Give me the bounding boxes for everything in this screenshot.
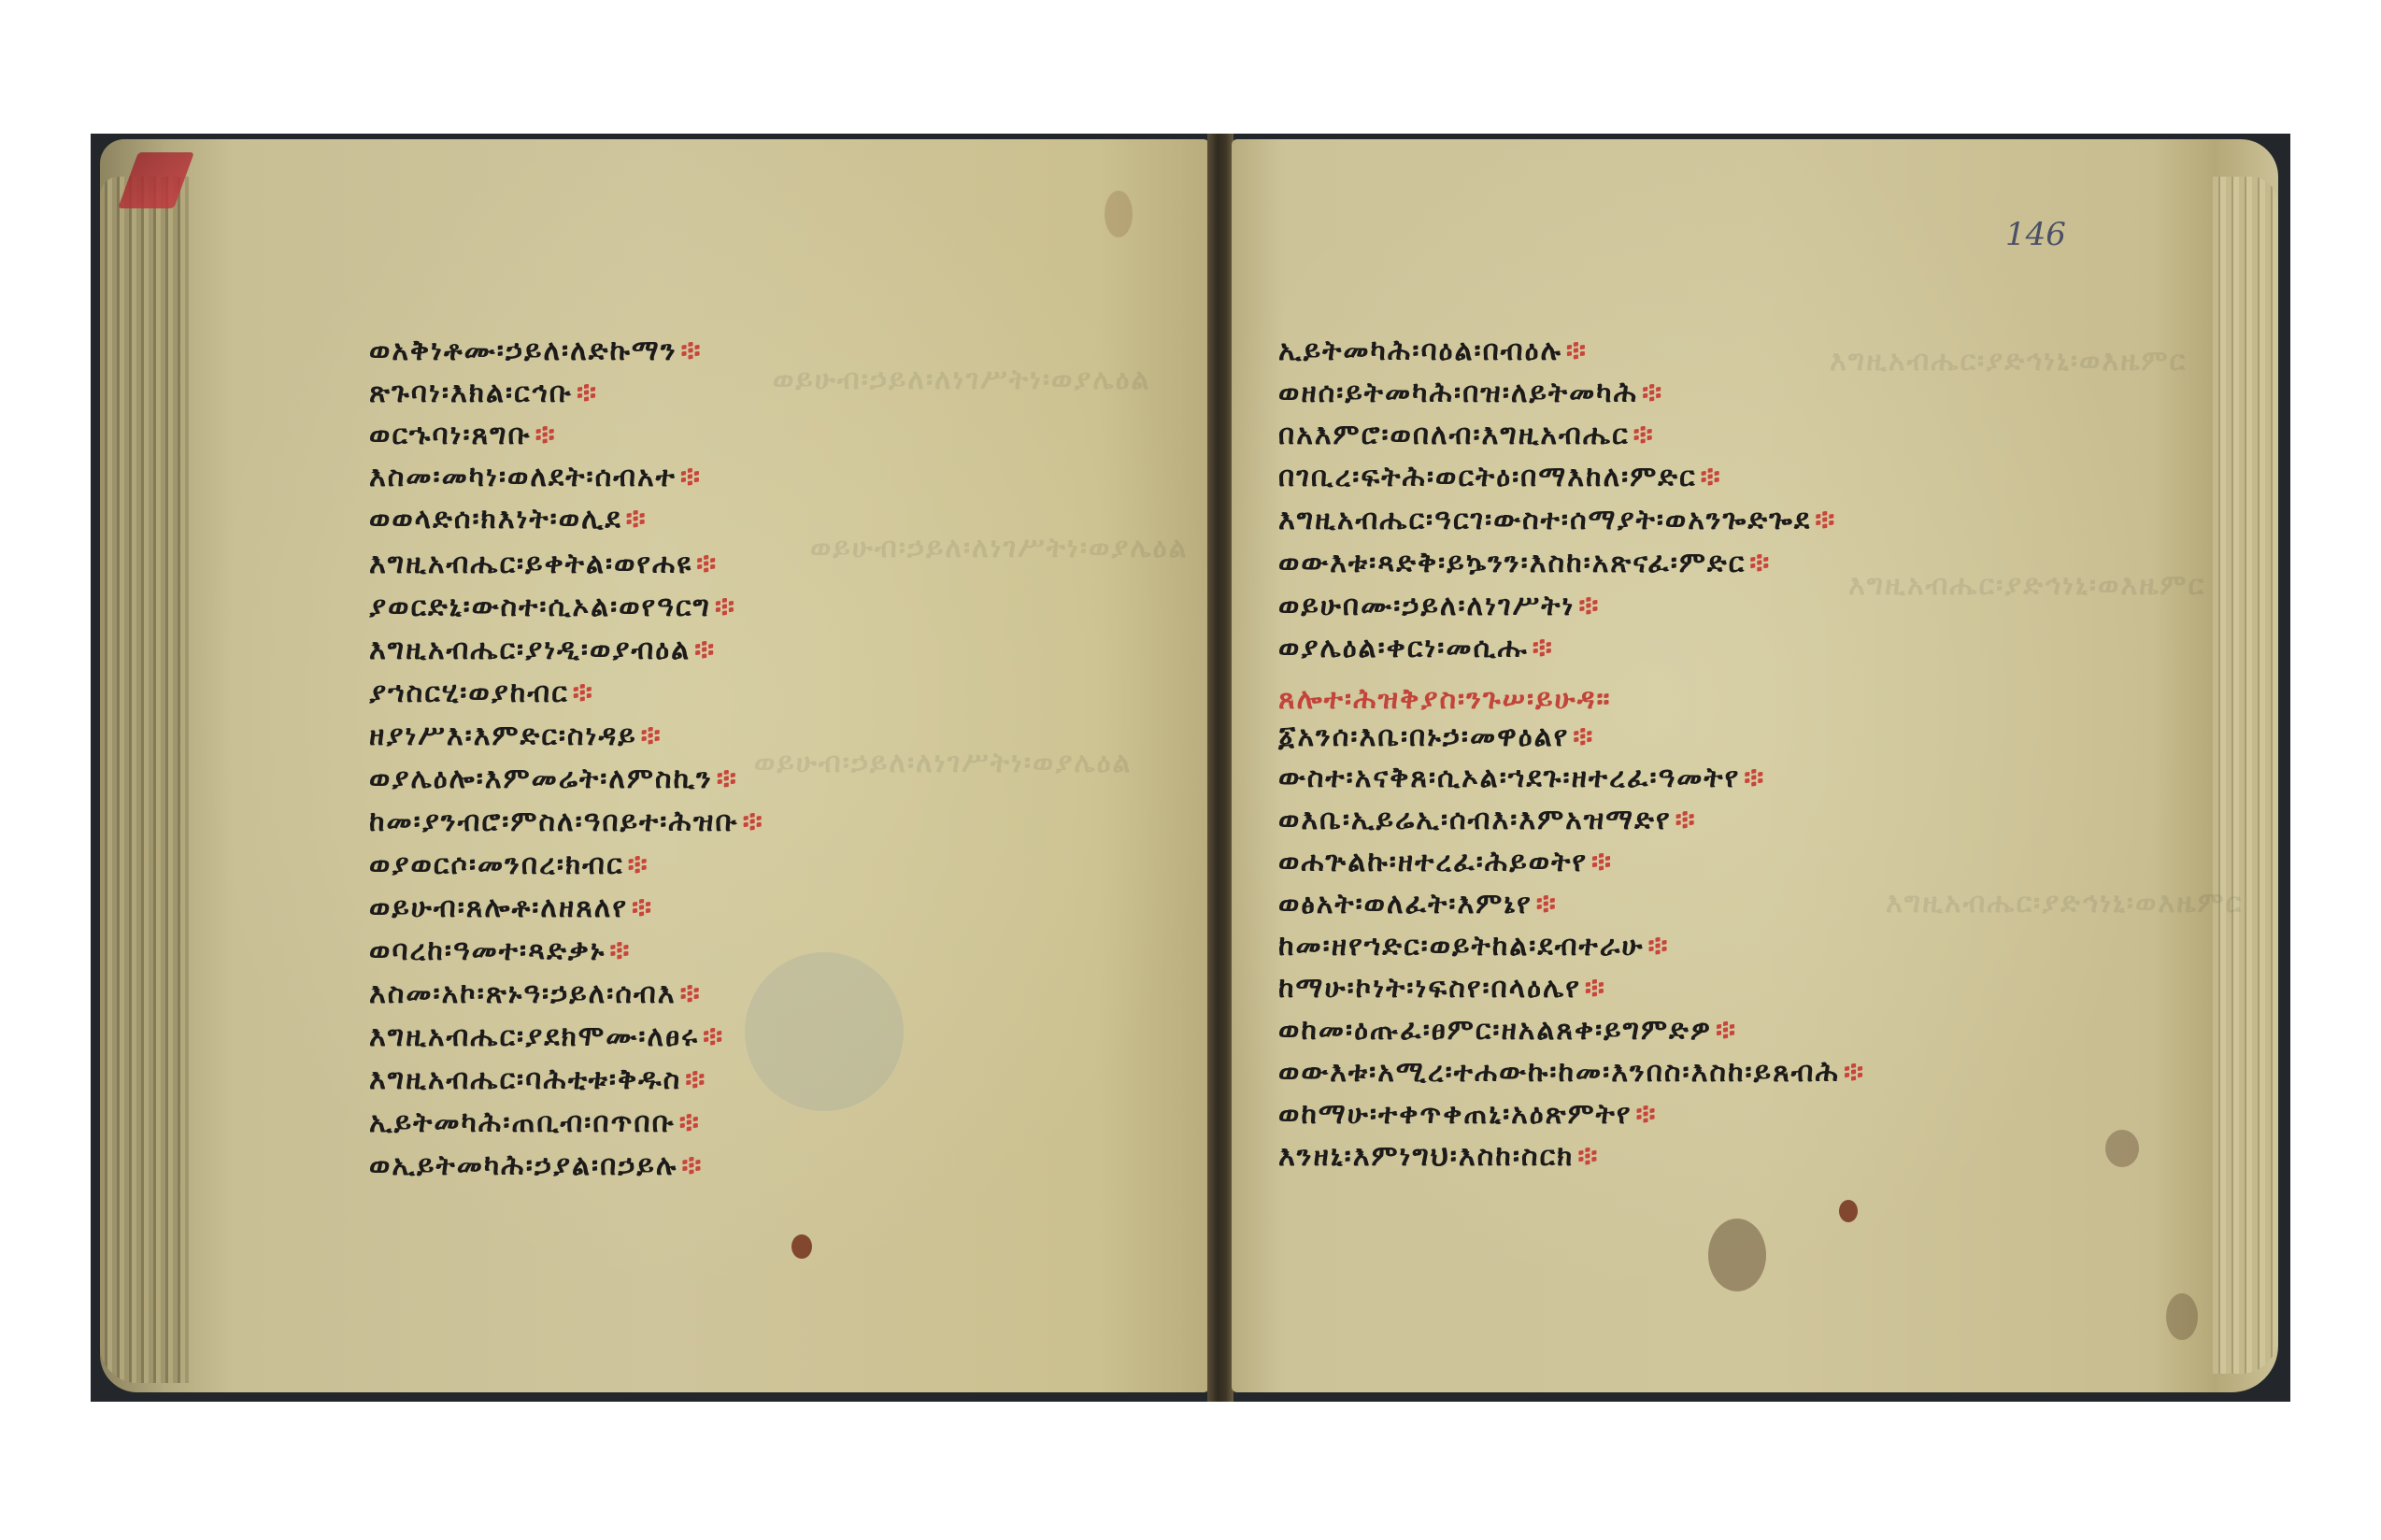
text-line: ወርኁባነ፡ጸግቡ፨ [369,419,557,452]
stain [1708,1219,1766,1291]
text-line: ወውእቱ፡አሚረ፡ተሐውኩ፡ከመ፡እንበስ፡እስከ፡ይጸብሕ፨ [1278,1056,1865,1090]
stain [1105,191,1133,237]
text-line: ወወላድሰ፡ክእነት፡ወሊደ፨ [369,503,648,536]
text-line: ከመ፡ዘየኀድር፡ወይትከል፡ደብተራሁ፨ [1278,930,1670,963]
text-line: ወውእቱ፡ጻድቅ፡ይኴንን፡እስከ፡አጽናፈ፡ምድር፨ [1278,547,1771,580]
bleed-through-text: እግዚአብሔር፡ያድኅነኒ፡ወእዜምር [1830,345,2187,378]
text-line: በአእምሮ፡ወበለብ፡እግዚአብሔር፨ [1278,419,1655,452]
text-line: ወይሁበሙ፡ኃይለ፡ለነገሥትነ፨ [1278,590,1600,623]
rubric-heading: ጸሎተ፡ሕዝቅያስ፡ንጉሠ፡ይሁዳ። [1278,683,1611,717]
text-line: ውስተ፡አናቅጸ፡ሲኦል፡ኀደጉ፡ዘተረፈ፡ዓመትየ፨ [1278,762,1765,795]
text-line: እስመ፡መካነ፡ወለደት፡ሰብአተ፨ [369,461,702,494]
right-page: 146 እግዚአብሔር፡ያድኅነኒ፡ወእዜምር እግዚአብሔር፡ያድኅነኒ፡ወእ… [1232,139,2278,1392]
bleed-through-text: ወይሁብ፡ኃይለ፡ለነገሥትነ፡ወያሌዕል [754,747,1133,779]
text-line: ወይሁብ፡ጸሎቶ፡ለዘጸለየ፨ [369,891,653,925]
text-line: እግዚአብሔር፡ያነዲ፡ወያብዕል፨ [369,634,716,667]
text-line: ዘያነሥእ፡እምድር፡ስነዳይ፨ [369,720,663,753]
text-line: እንዘኒ፡እምነግህ፡እስከ፡ስርክ፨ [1278,1140,1599,1174]
text-line: ያወርድኒ፡ውስተ፡ሲኦል፡ወየዓርግ፨ [369,591,736,624]
text-line: ወከማሁ፡ተቀጥቀጠኒ፡አዕጽምትየ፨ [1278,1098,1658,1132]
text-line: ወያሌዕሎ፡እምመሬት፡ለምስኪን፨ [369,763,738,796]
folio-number: 146 [2005,216,2066,253]
left-page: ወይሁብ፡ኃይለ፡ለነገሥትነ፡ወያሌዕል ወይሁብ፡ኃይለ፡ለነገሥትነ፡ወያ… [100,139,1209,1392]
text-line: ወዘሰ፡ይትመካሕ፡በዝ፡ለይትመካሕ፨ [1278,377,1663,410]
text-line: ኢይትመካሕ፡ባዕል፡በብዕሉ፨ [1278,335,1588,368]
spine-gutter [1207,134,1233,1402]
text-line: ወከመ፡ዕጡፈ፡ፀምር፡ዘአልጸቀ፡ይግምድዎ፨ [1278,1014,1737,1048]
stain [2166,1293,2198,1340]
text-line: እግዚአብሔር፡ባሕቲቱ፡ቅዱስ፨ [369,1063,706,1097]
stain [2105,1130,2139,1167]
text-line: በገቢረ፡ፍትሕ፡ወርትዕ፡በማእከለ፡ምድር፨ [1278,461,1722,494]
manuscript-scan: ወይሁብ፡ኃይለ፡ለነገሥትነ፡ወያሌዕል ወይሁብ፡ኃይለ፡ለነገሥትነ፡ወያ… [91,134,2290,1402]
text-line: ያኀስርሂ፡ወያከብር፨ [369,677,594,710]
bleed-through-text: ወይሁብ፡ኃይለ፡ለነገሥትነ፡ወያሌዕል [773,364,1151,396]
text-line: እስመ፡አኮ፡ጽኑዓ፡ኃይለ፡ሰብእ፨ [369,977,702,1011]
text-line: ወሐጕልኩ፡ዘተረፈ፡ሕይወትየ፨ [1278,846,1613,879]
text-line: ወባረከ፡ዓመተ፡ጻድቃኑ፨ [369,934,631,968]
text-line: ወእቤ፡ኢይሬኢ፡ሰብእ፡እምአዝማድየ፨ [1278,804,1697,837]
right-fore-edge [2213,177,2278,1374]
bleed-through-text: ወይሁብ፡ኃይለ፡ለነገሥትነ፡ወያሌዕል [810,532,1189,564]
stain [745,952,904,1111]
text-line: ወኢይትመካሕ፡ኃያል፡በኃይሉ፨ [369,1149,703,1183]
left-fore-edge [100,177,189,1383]
text-line: እግዚአብሔር፡ያደክሞሙ፡ለፀሩ፨ [369,1020,724,1054]
text-line: እግዚአብሔር፡ይቀትል፡ወየሐዩ፨ [369,548,718,581]
bleed-through-text: እግዚአብሔር፡ያድኅነኒ፡ወእዜምር [1848,569,2205,602]
text-line: ወፅአት፡ወለፈት፡እምኔየ፨ [1278,888,1558,921]
text-line: ኢይትመካሕ፡ጠቢብ፡በጥበቡ፨ [369,1106,701,1140]
text-line: ወያወርሶ፡መንበረ፡ክብር፨ [369,848,649,882]
text-line: ከማሁ፡ኮነት፡ነፍስየ፡በላዕሌየ፨ [1278,972,1606,1005]
text-line: ወአቅነቶሙ፡ኃይለ፡ለድኩማን፨ [369,335,703,368]
bleed-through-text: እግዚአብሔር፡ያድኅነኒ፡ወእዜምር [1886,887,2243,920]
stain [791,1234,812,1259]
stain [1839,1200,1858,1222]
text-line: ከመ፡ያንብሮ፡ምስለ፡ዓበይተ፡ሕዝቡ፨ [369,806,764,839]
text-line: ወያሌዕል፡ቀርነ፡መሲሑ፨ [1278,632,1554,665]
text-line: እግዚአብሔር፡ዓርገ፡ውስተ፡ሰማያት፡ወአንጐድጐደ፨ [1278,504,1836,537]
text-line: ፩አንሰ፡እቤ፡በኑኃ፡መዋዕልየ፨ [1278,720,1594,754]
text-line: ጽጉባነ፡እክል፡ርኅቡ፨ [369,377,598,410]
